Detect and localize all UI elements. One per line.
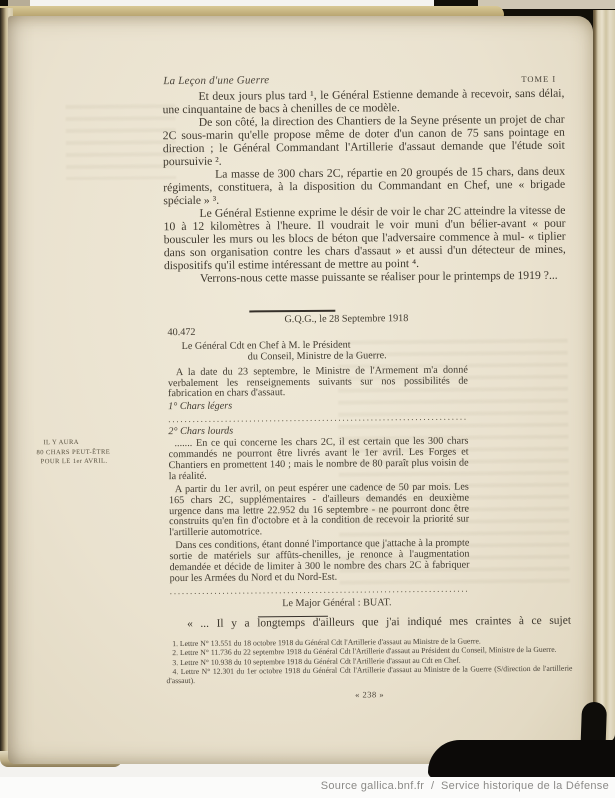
body-text: Et deux jours plus tard ¹, le Général Es… xyxy=(162,87,566,286)
footnote: 4. Lettre N° 12.301 du 1er octobre 1918 … xyxy=(166,664,572,686)
letter-paragraph: A partir du 1er avril, on peut espérer u… xyxy=(169,482,469,539)
letter-block: G.Q.G., le 28 Septembre 1918 40.472 Le G… xyxy=(167,314,470,619)
running-title: La Leçon d'une Guerre xyxy=(163,74,269,87)
letter-signature: Le Major Général : BUAT. xyxy=(170,597,470,611)
scan-viewport: La Leçon d'une Guerre TOME I Et deux jou… xyxy=(0,0,615,798)
paragraph: De son côté, la direction des Chantiers … xyxy=(163,113,565,169)
paragraph: Et deux jours plus tard ¹, le Général Es… xyxy=(162,87,564,117)
quote-line: « ... Il y a longtemps d'ailleurs que j'… xyxy=(167,615,571,631)
book-page: La Leçon d'une Guerre TOME I Et deux jou… xyxy=(8,16,593,764)
footnotes: 1. Lettre N° 13.551 du 18 octobre 1918 d… xyxy=(166,636,572,686)
letter-reference-number: 40.472 xyxy=(167,325,467,339)
paragraph: Le Général Estienne exprime le désir de … xyxy=(163,204,566,273)
ink-bleed-through xyxy=(65,99,176,180)
margin-note: IL Y AURA 80 CHARS PEUT-ÊTRE POUR LE 1er… xyxy=(36,437,140,467)
paragraph: La masse de 300 chars 2C, répartie en 20… xyxy=(163,165,565,208)
letter-separator-rule xyxy=(249,310,335,312)
attribution-text: Source gallica.bnf.fr / Service historiq… xyxy=(321,780,609,792)
letter-paragraph: ....... En ce qui concerne les chars 2C,… xyxy=(168,437,468,483)
page-number: « 238 » xyxy=(168,688,572,702)
letter-paragraph: Dans ces conditions, étant donné l'impor… xyxy=(169,539,469,585)
ellipsis-row: ........................................… xyxy=(168,412,468,426)
attribution-bar: Source gallica.bnf.fr / Service historiq… xyxy=(0,777,615,798)
letter-paragraph: A la date du 23 septembre, le Ministre d… xyxy=(168,365,468,400)
page-stack-right xyxy=(593,10,615,742)
page-content: La Leçon d'une Guerre TOME I Et deux jou… xyxy=(5,13,597,766)
margin-note-line: POUR LE 1er AVRIL. xyxy=(37,457,141,468)
paragraph: Verrons-nous cette masse puissante se ré… xyxy=(164,269,566,286)
ellipsis-row: ........................................… xyxy=(170,583,470,597)
tome-label: TOME I xyxy=(521,74,556,84)
book-cover-corner xyxy=(428,740,615,778)
